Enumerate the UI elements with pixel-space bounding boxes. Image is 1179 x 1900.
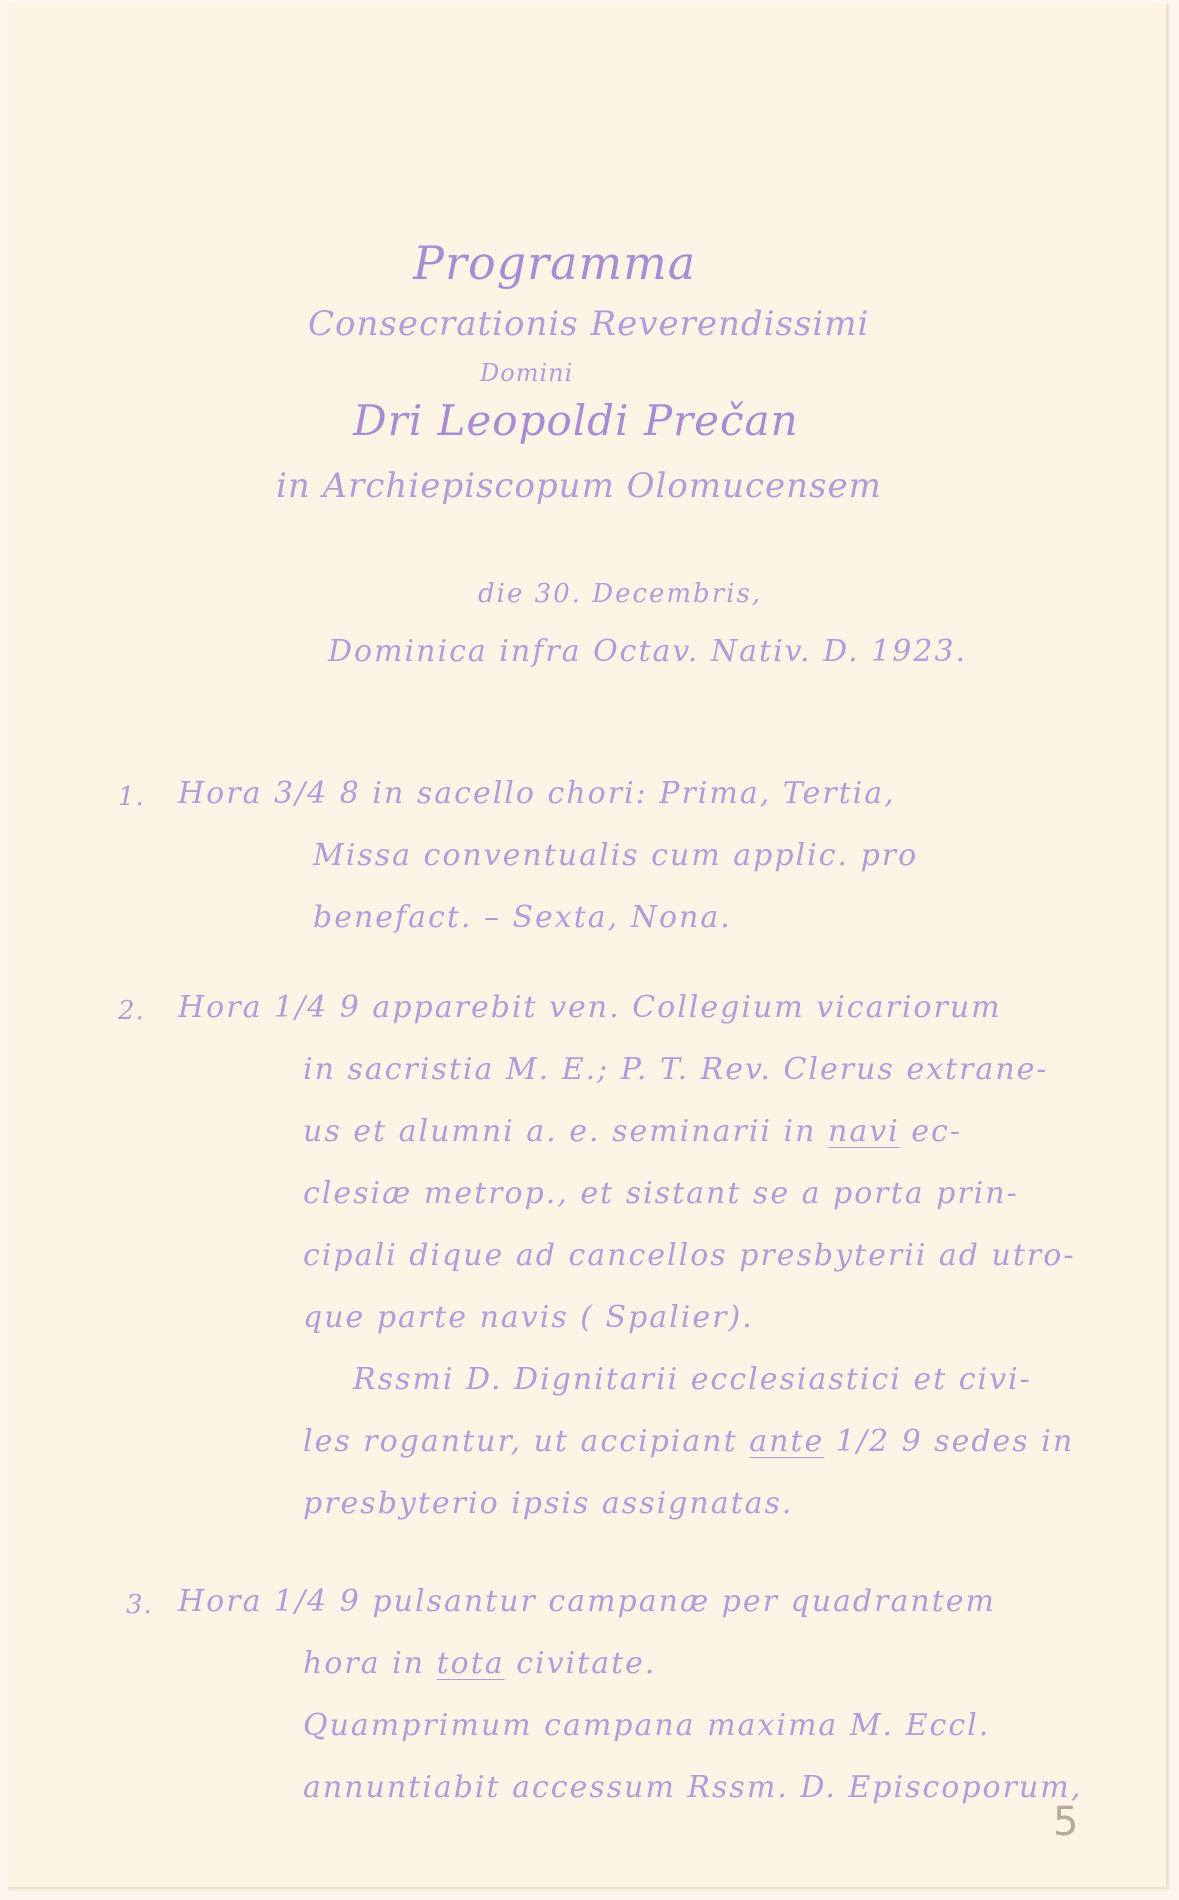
item-3-line-1: Hora 1/4 9 pulsantur campanæ per quadran… bbox=[178, 1584, 996, 1619]
header-line-archbishopric: in Archiepiscopum Olomucensem bbox=[276, 466, 882, 506]
item-2-line-9: presbyterio ipsis assignatas. bbox=[303, 1486, 793, 1521]
header-line-name: Dri Leopoldi Prečan bbox=[353, 396, 799, 445]
item-2-number: 2. bbox=[118, 996, 145, 1026]
item-1-line-1: Hora 3/4 8 in sacello chori: Prima, Tert… bbox=[178, 776, 896, 811]
item-3-line-3: Quamprimum campana maxima M. Eccl. bbox=[303, 1708, 990, 1743]
item-3-line-4: annuntiabit accessum Rssm. D. Episcoporu… bbox=[303, 1770, 1082, 1805]
item-2-line-4: clesiæ metrop., et sistant se a porta pr… bbox=[303, 1176, 1019, 1211]
item-3-line-2: hora in tota civitate. bbox=[303, 1646, 656, 1681]
item-2-line-3: us et alumni a. e. seminarii in navi ec- bbox=[303, 1114, 962, 1149]
item-2-line-1: Hora 1/4 9 apparebit ven. Collegium vica… bbox=[178, 990, 1002, 1025]
item-2-line-5: cipali dique ad cancellos presbyterii ad… bbox=[303, 1238, 1075, 1273]
item-2-line-2: in sacristia M. E.; P. T. Rev. Clerus ex… bbox=[303, 1052, 1049, 1087]
item-3-number: 3. bbox=[126, 1590, 153, 1620]
header-line-domini: Domini bbox=[480, 359, 573, 387]
page-number: 5 bbox=[1053, 1799, 1079, 1845]
date-line-2: Dominica infra Octav. Nativ. D. 1923. bbox=[328, 634, 967, 669]
underlined-navi: navi bbox=[828, 1114, 900, 1149]
underlined-ante: ante bbox=[749, 1424, 824, 1459]
item-2-line-7: Rssmi D. Dignitarii ecclesiastici et civ… bbox=[353, 1362, 1032, 1397]
item-1-number: 1. bbox=[118, 782, 145, 812]
item-1-line-3: benefact. – Sexta, Nona. bbox=[313, 900, 732, 935]
underlined-tota: tota bbox=[437, 1646, 505, 1681]
manuscript-page: Programma Consecrationis Reverendissimi … bbox=[8, 4, 1168, 1889]
item-2-line-8: les rogantur, ut accipiant ante 1/2 9 se… bbox=[303, 1424, 1074, 1459]
header-line-consecration: Consecrationis Reverendissimi bbox=[308, 304, 869, 344]
document-title: Programma bbox=[413, 236, 696, 290]
date-line-1: die 30. Decembris, bbox=[478, 579, 762, 609]
item-2-line-6: que parte navis ( Spalier). bbox=[303, 1300, 754, 1335]
item-1-line-2: Missa conventualis cum applic. pro bbox=[313, 838, 918, 873]
